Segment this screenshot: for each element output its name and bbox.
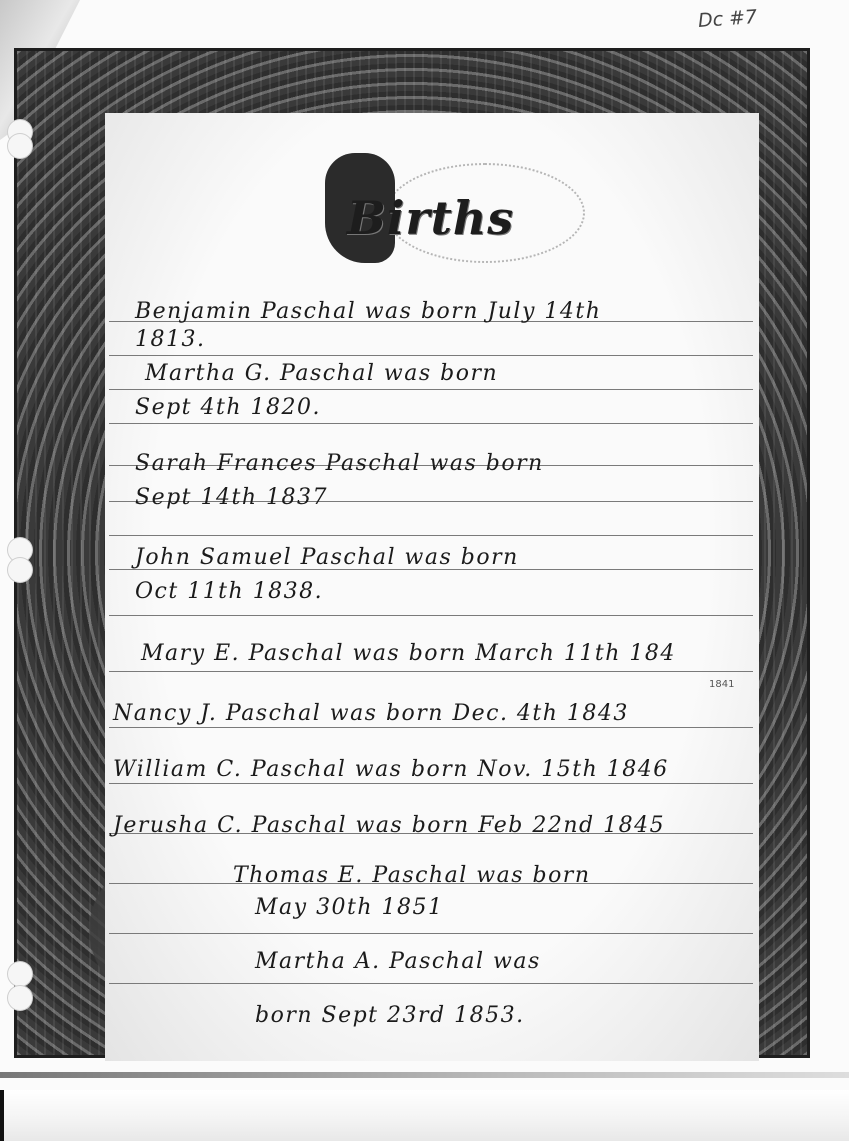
record-page: Births Benjamin Paschal was — [105, 113, 759, 1061]
page-heading: Births — [325, 153, 585, 273]
birth-entry-line: Thomas E. Paschal was born — [233, 863, 591, 888]
birth-entry-line: Jerusha C. Paschal was born Feb 22nd 184… — [113, 813, 665, 838]
birth-entry-line: John Samuel Paschal was born — [135, 545, 519, 570]
scanned-page: Dc #7 Births — [0, 0, 849, 1141]
birth-entry-line: Sarah Frances Paschal was born — [135, 451, 544, 476]
binder-hole — [8, 558, 32, 582]
rule-line — [109, 423, 753, 424]
binder-hole — [8, 986, 32, 1010]
page-edge-shadow — [0, 1072, 849, 1078]
rule-line — [109, 727, 753, 728]
ornamental-border: Births Benjamin Paschal was — [14, 48, 810, 1058]
rule-line — [109, 933, 753, 934]
scanner-edge — [0, 1090, 4, 1141]
birth-entry-line: Mary E. Paschal was born March 11th 184 — [141, 641, 676, 666]
scanner-bed — [0, 1090, 849, 1141]
rule-line — [109, 615, 753, 616]
birth-entry-line: Martha G. Paschal was born — [145, 361, 498, 386]
rule-line — [109, 983, 753, 984]
birth-entry-line: Oct 11th 1838. — [135, 579, 323, 604]
birth-entry-line: Martha A. Paschal was — [255, 949, 541, 974]
rule-line — [109, 671, 753, 672]
birth-entry-line: William C. Paschal was born Nov. 15th 18… — [113, 757, 669, 782]
rule-line — [109, 389, 753, 390]
birth-entry-line: born Sept 23rd 1853. — [255, 1003, 525, 1028]
birth-entry-line: May 30th 1851 — [255, 895, 444, 920]
birth-entry-line: Nancy J. Paschal was born Dec. 4th 1843 — [113, 701, 629, 726]
rule-line — [109, 535, 753, 536]
rule-line — [109, 783, 753, 784]
birth-entry-line: Sept 14th 1837 — [135, 485, 328, 510]
birth-entry-line: Sept 4th 1820. — [135, 395, 321, 420]
corner-annotation: Dc #7 — [697, 6, 758, 32]
birth-entry-line: Benjamin Paschal was born July 14th — [135, 299, 601, 324]
binder-hole — [8, 962, 32, 986]
binder-hole — [8, 134, 32, 158]
margin-note: 1841 — [709, 679, 734, 690]
page-title: Births — [347, 191, 514, 245]
rule-line — [109, 355, 753, 356]
birth-entry-line: 1813. — [135, 327, 205, 352]
